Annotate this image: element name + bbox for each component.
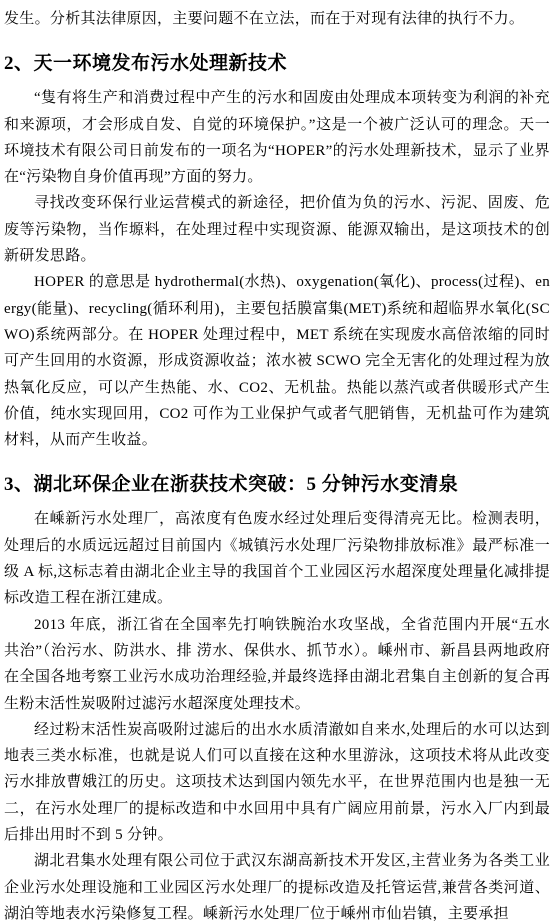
paragraph-section3-water-quality: 在嵊新污水处理厂，高浓度有色废水经过处理后变得清亮无比。检测表明，处理后的水质远…: [4, 506, 550, 611]
paragraph-section3-five-water: 2013 年底，浙江省在全国率先打响铁腕治水攻坚战，全省范围内开展“五水共治”（…: [4, 612, 550, 717]
section-2-heading: 2、天一环境发布污水处理新技术: [4, 51, 550, 76]
paragraph-continuation: 发生。分析其法律原因，主要问题不在立法，而在于对现有法律的执行不力。: [4, 6, 550, 32]
paragraph-section2-hoper-meaning: HOPER 的意思是 hydrothermal(水热)、oxygenation(…: [4, 269, 550, 453]
document-page: 发生。分析其法律原因，主要问题不在立法，而在于对现有法律的执行不力。 2、天一环…: [0, 0, 554, 921]
paragraph-section3-company-info: 湖北君集水处理有限公司位于武汉东湖高新技术开发区,主营业务为各类工业企业污水处理…: [4, 848, 550, 921]
paragraph-section2-new-path: 寻找改变环保行业运营模式的新途径，把价值为负的污水、污泥、固废、危废等污染物，当…: [4, 190, 550, 269]
paragraph-section2-quote-concept: “隻有将生产和消费过程中产生的污水和固废由处理成本项转变为利润的补充和来源项，才…: [4, 85, 550, 190]
section-3-heading: 3、湖北环保企业在浙获技术突破：5 分钟污水变清泉: [4, 472, 550, 497]
paragraph-section3-filter-result: 经过粉末活性炭高吸附过滤后的出水水质清澈如自来水,处理后的水可以达到地表三类水标…: [4, 717, 550, 848]
